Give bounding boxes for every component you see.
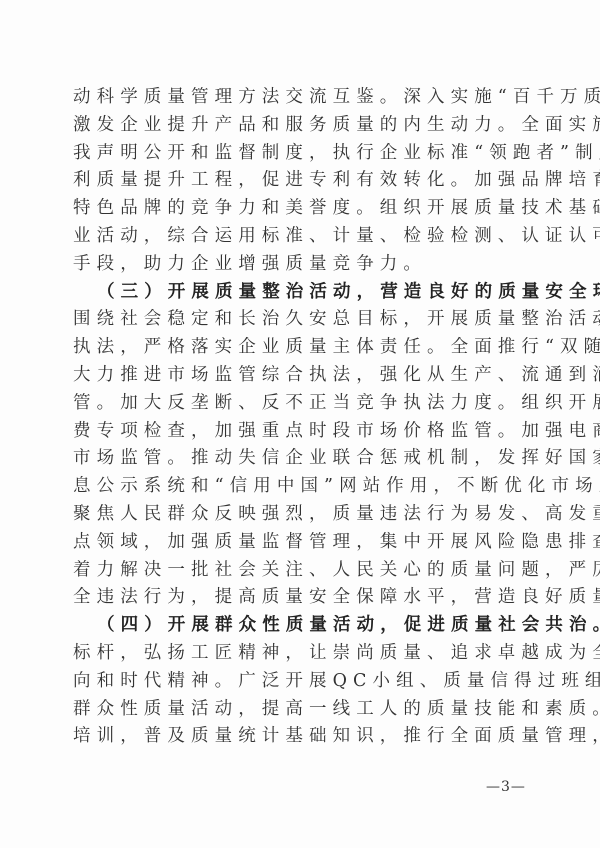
text-line: 向和时代精神。广泛开展QC小组、质量信得过班组和技术比武等: [73, 668, 533, 696]
text-line: 围绕社会稳定和长治久安总目标，开展质量整治活动，加强监管: [73, 306, 533, 334]
text-line: 培训，普及质量统计基础知识，推行全面质量管理，推广应用5S、: [73, 723, 533, 751]
text-line: 费专项检查，加强重点时段市场价格监管。加强电商平台、广告: [73, 418, 533, 446]
text-line: 管。加大反垄断、反不正当竞争执法力度。组织开展民生领域价: [73, 390, 533, 418]
text-line: 执法，严格落实企业质量主体责任。全面推行“双随机、一公开”，: [73, 334, 533, 362]
section-heading-3: （三）开展质量整治活动，营造良好的质量安全环境。: [97, 282, 600, 302]
section-heading-line: （三）开展质量整治活动，营造良好的质量安全环境。紧紧: [73, 279, 533, 307]
text-line: 着力解决一批社会关注、人民关心的质量问题，严厉打击质量安: [73, 557, 533, 585]
text-line: 特色品牌的竞争力和美誉度。组织开展质量技术基础服务民营企: [73, 195, 533, 223]
text-line: 大力推进市场监管综合执法，强化从生产、流通到消费全过程监: [73, 362, 533, 390]
text-line: 手段，助力企业增强质量竞争力。: [73, 251, 533, 279]
text-line: 聚焦人民群众反映强烈，质量违法行为易发、高发重点地区、重: [73, 501, 533, 529]
text-line: 群众性质量活动，提高一线工人的质量技能和素质。加强质量教育: [73, 696, 533, 724]
document-page: 动科学质量管理方法交流互鉴。深入实施“百千万质量强企工程”， 激发企业提升产品和…: [0, 0, 600, 848]
text-line: 激发企业提升产品和服务质量的内生动力。全面实施企业标准自: [73, 112, 533, 140]
text-line: 息公示系统和“信用中国”网站作用，不断优化市场发展环境。: [73, 473, 533, 501]
text-line: 我声明公开和监督制度，执行企业标准“领跑者”制度。实施专: [73, 140, 533, 168]
text-line: 动科学质量管理方法交流互鉴。深入实施“百千万质量强企工程”，: [73, 84, 533, 112]
text-line: 业活动，综合运用标准、计量、检验检测、认证认可等质量技术: [73, 223, 533, 251]
text-line: 全违法行为，提高质量安全保障水平，营造良好质量安全环境。: [73, 584, 533, 612]
section-heading-line: （四）开展群众性质量活动，促进质量社会共治。树立质量: [73, 612, 533, 640]
text-line: 点领域，加强质量监督管理，集中开展风险隐患排查治理行动，: [73, 529, 533, 557]
text-line: 标杆，弘扬工匠精神，让崇尚质量、追求卓越成为全社会的价值导: [73, 640, 533, 668]
text-line: 利质量提升工程，促进专利有效转化。加强品牌培育，提高新疆: [73, 167, 533, 195]
text-line: 市场监管。推动失信企业联合惩戒机制，发挥好国家企业信用信: [73, 445, 533, 473]
body-text: 动科学质量管理方法交流互鉴。深入实施“百千万质量强企工程”， 激发企业提升产品和…: [73, 84, 533, 751]
page-number: —3—: [486, 779, 526, 795]
section-heading-4: （四）开展群众性质量活动，促进质量社会共治。: [97, 615, 600, 635]
